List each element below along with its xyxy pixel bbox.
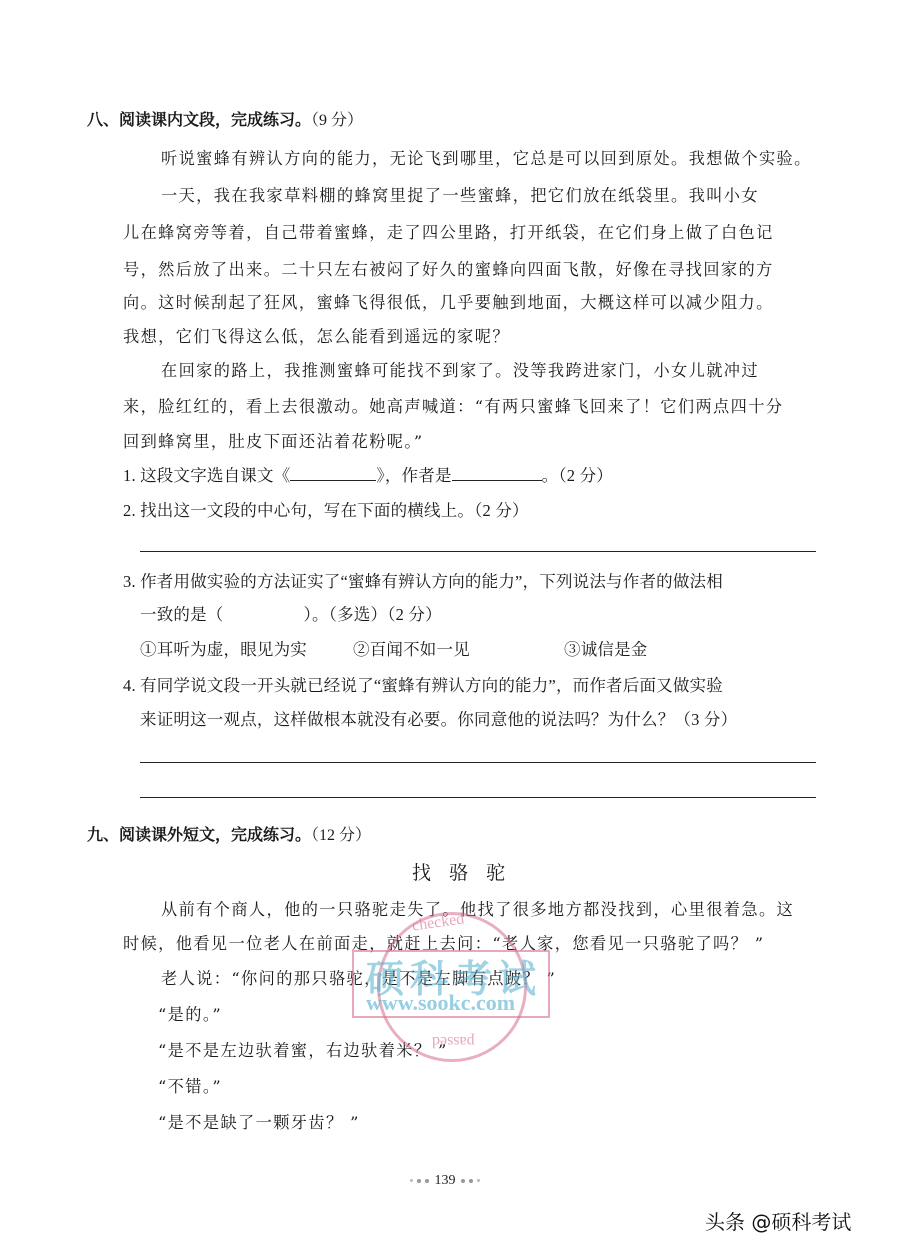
answer-line-q4-2[interactable] (140, 797, 816, 798)
passage-line: 来，脸红红的，看上去很激动。她高声喊道：“有两只蜜蜂飞回来了！它们两点四十分 (123, 393, 783, 417)
page-number-text: 139 (435, 1173, 456, 1188)
section-9-score: （12 分） (311, 827, 371, 844)
page-number: 139 (408, 1173, 482, 1189)
story-line: 时候，他看见一位老人在前面走，就赶上去问：“老人家，您看见一只骆驼了吗？ ” (123, 930, 764, 954)
exam-page: 八、阅读课内文段，完成练习。（9 分） 听说蜜蜂有辨认方向的能力，无论飞到哪里，… (0, 0, 898, 1251)
dot-icon (461, 1179, 465, 1183)
section-8-heading: 八、阅读课内文段，完成练习。（9 分） (87, 107, 363, 130)
question-1-prefix: 1. 这段文字选自课文《 (123, 466, 290, 485)
question-3-prefix: 一致的是（ (140, 605, 224, 624)
section-9-heading: 九、阅读课外短文，完成练习。（12 分） (87, 822, 371, 845)
dot-icon (410, 1179, 413, 1182)
answer-line-q2[interactable] (140, 551, 816, 552)
source-credit: 头条 @硕科考试 (705, 1206, 851, 1235)
story-line: “是不是左边驮着蜜，右边驮着米？ ” (158, 1037, 448, 1061)
passage-line: 儿在蜂窝旁等着，自己带着蜜蜂，走了四公里路，打开纸袋，在它们身上做了白色记 (123, 219, 774, 243)
question-3-line-2: 一致的是（）。（多选）（2 分） (140, 601, 442, 625)
answer-blank-title[interactable] (290, 466, 376, 481)
story-line: “是的。” (158, 1001, 222, 1025)
question-3-option-3: ③诚信是金 (564, 636, 648, 660)
dot-icon (469, 1179, 473, 1183)
answer-line-q4-1[interactable] (140, 762, 816, 763)
question-3-option-2: ②百闻不如一见 (353, 636, 470, 660)
section-9-title: 九、阅读课外短文，完成练习。 (87, 825, 311, 844)
question-3-option-1: ①耳听为虚，眼见为实 (140, 636, 307, 660)
question-4-line-1: 4. 有同学说文段一开头就已经说了“蜜蜂有辨认方向的能力”，而作者后面又做实验 (123, 672, 723, 696)
question-3-line-1: 3. 作者用做实验的方法证实了“蜜蜂有辨认方向的能力”，下列说法与作者的做法相 (123, 568, 723, 592)
question-1-mid: 》，作者是 (376, 466, 451, 485)
story-line: 老人说：“你问的那只骆驼，是不是左脚有点跛？ ” (161, 965, 556, 989)
dot-icon (477, 1179, 480, 1182)
passage-line: 号，然后放了出来。二十只左右被闷了好久的蜜蜂向四面飞散，好像在寻找回家的方 (123, 256, 774, 280)
stamp-url: www.sookc.com (366, 990, 515, 1016)
section-8-score: （9 分） (311, 112, 363, 129)
passage-line: 向。这时候刮起了狂风，蜜蜂飞得很低，几乎要触到地面，大概这样可以减少阻力。 (123, 289, 774, 313)
passage-line: 一天，我在我家草料棚的蜂窝里捉了一些蜜蜂，把它们放在纸袋里。我叫小女 (161, 182, 759, 206)
passage-line: 回到蜂窝里，肚皮下面还沾着花粉呢。” (123, 428, 424, 452)
passage-line: 我想，它们飞得这么低，怎么能看到遥远的家呢？ (123, 323, 510, 347)
story-line: “是不是缺了一颗牙齿？ ” (158, 1109, 360, 1133)
question-2: 2. 找出这一文段的中心句，写在下面的横线上。（2 分） (123, 497, 529, 521)
question-4-line-2: 来证明这一观点，这样做根本就没有必要。你同意他的说法吗？为什么？（3 分） (140, 706, 737, 730)
dot-icon (417, 1179, 421, 1183)
story-title: 找 骆 驼 (412, 858, 511, 885)
passage-line: 听说蜜蜂有辨认方向的能力，无论飞到哪里，它总是可以回到原处。我想做个实验。 (161, 145, 812, 169)
question-3-suffix: ）。（多选）（2 分） (304, 605, 442, 624)
question-1: 1. 这段文字选自课文《》，作者是。（2 分） (123, 462, 613, 486)
dot-icon (425, 1179, 429, 1183)
story-line: 从前有个商人，他的一只骆驼走失了。他找了很多地方都没找到，心里很着急。这 (161, 896, 794, 920)
question-1-suffix: 。（2 分） (542, 466, 613, 485)
answer-blank-author[interactable] (452, 466, 542, 481)
story-line: “不错。” (158, 1073, 222, 1097)
passage-line: 在回家的路上，我推测蜜蜂可能找不到家了。没等我跨进家门，小女儿就冲过 (161, 357, 759, 381)
section-8-title: 八、阅读课内文段，完成练习。 (87, 110, 311, 129)
